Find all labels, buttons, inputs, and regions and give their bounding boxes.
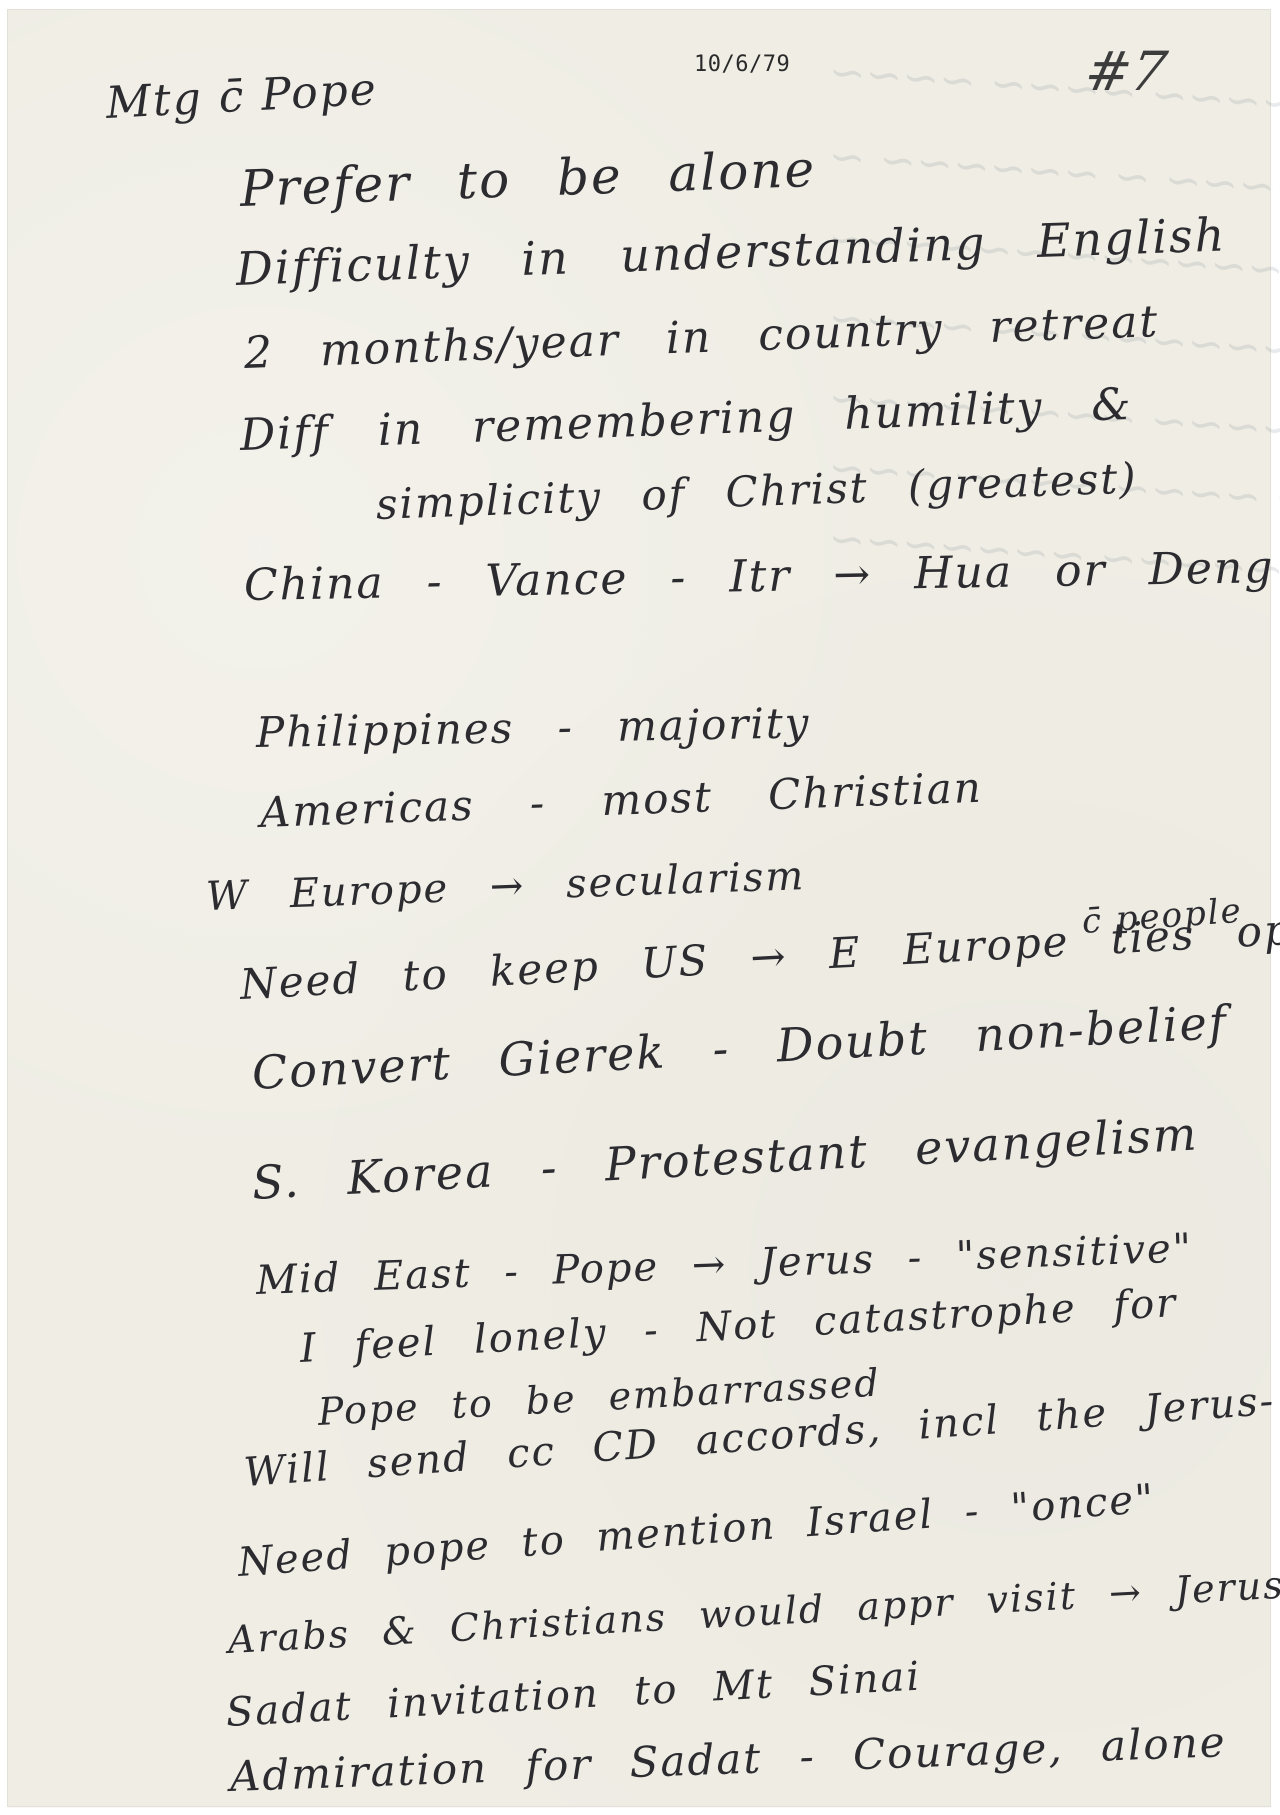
date-stamp: 10/6/79 <box>694 52 790 77</box>
note-line: Admiration for Sadat - Courage, alone <box>229 1717 1227 1801</box>
note-title: Mtg c̄ Pope <box>105 64 379 129</box>
note-line: W Europe → secularism <box>205 853 806 920</box>
note-line: Convert Gierek - Doubt non-belief <box>251 995 1229 1100</box>
note-line: Difficulty in understanding English <box>235 207 1227 296</box>
note-line: Prefer to be alone <box>239 140 817 218</box>
note-line: Diff in remembering humility & <box>239 379 1133 461</box>
note-line: Need to keep US → E Europe ties open <box>239 902 1280 1009</box>
note-line: China - Vance - Itr → Hua or Deng <box>244 542 1275 611</box>
note-line: simplicity of Christ (greatest) <box>375 453 1138 529</box>
note-line: S. Korea - Protestant evangelism <box>251 1106 1200 1210</box>
note-line: Arabs & Christians would appr visit → Je… <box>227 1563 1280 1662</box>
note-line: Need pope to mention Israel - "once" <box>236 1476 1156 1586</box>
note-line: 2 months/year in country retreat <box>243 296 1160 379</box>
bleed-through-text: ~~~ ~~ ~~~~ ~~~~ ~~~~ <box>827 46 1280 144</box>
handwritten-note-page: ~~~ ~~ ~~~~ ~~~~ ~~~~ ~~~~~~ ~ ~~~~~~ ~ … <box>8 10 1270 1806</box>
note-line: Philippines - majority <box>256 698 811 757</box>
note-line: Sadat invitation to Mt Sinai <box>225 1654 922 1736</box>
note-line: Americas - most Christian <box>259 763 983 837</box>
page-number: #7 <box>1080 40 1171 103</box>
